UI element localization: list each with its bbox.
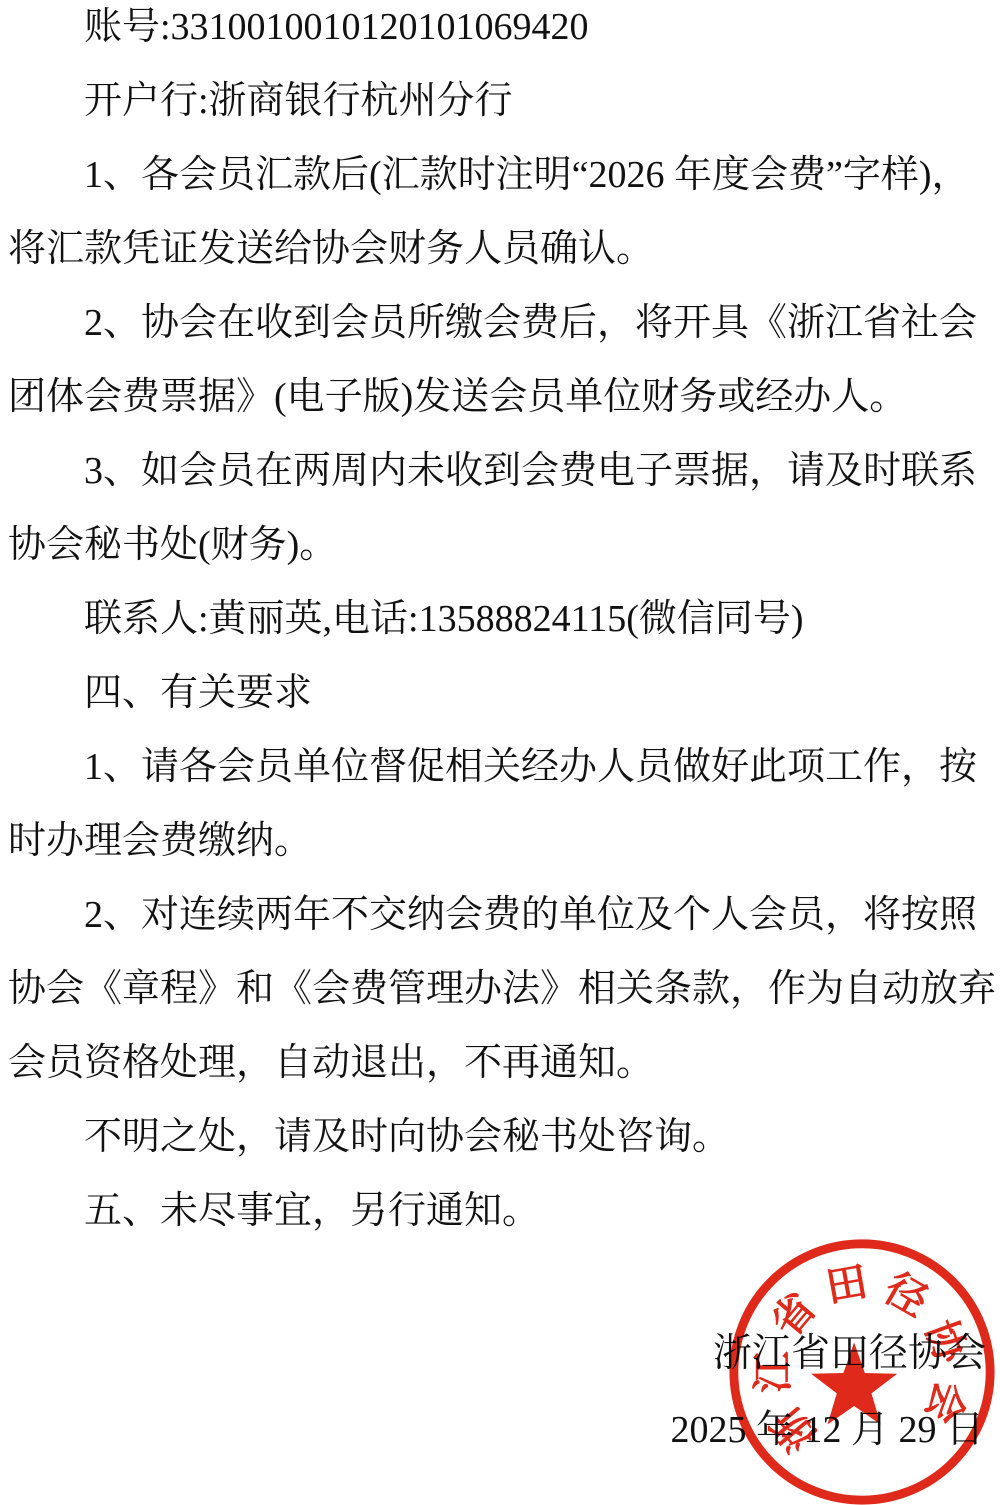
body-line: 协会《章程》和《会费管理办法》相关条款，作为自动放弃 (8, 952, 992, 1026)
body-line: 1、各会员汇款后(汇款时注明“2026 年度会费”字样)， (8, 138, 992, 212)
body-line: 1、请各会员单位督促相关经办人员做好此项工作，按 (8, 730, 992, 804)
document-date: 2025 年 12 月 29 日 (670, 1398, 984, 1453)
body-line: 团体会费票据》(电子版)发送会员单位财务或经办人。 (8, 360, 992, 434)
contact-line: 联系人:黄丽英,电话:13588824115(微信同号) (8, 582, 992, 656)
signature-org-name: 浙江省田径协会 (713, 1322, 986, 1378)
body-line: 五、未尽事宜，另行通知。 (8, 1174, 992, 1248)
document-page: 账号:3310010010120101069420 开户行:浙商银行杭州分行 1… (0, 0, 1000, 1505)
section-heading: 四、有关要求 (8, 656, 992, 730)
body-line: 时办理会费缴纳。 (8, 804, 992, 878)
seal-char: 田 (822, 1258, 871, 1310)
body-line: 2、对连续两年不交纳会费的单位及个人会员，将按照 (8, 878, 992, 952)
body-line: 不明之处，请及时向协会秘书处咨询。 (8, 1100, 992, 1174)
seal-char: 径 (877, 1265, 936, 1326)
account-number-line: 账号:3310010010120101069420 (8, 0, 992, 64)
body-line: 协会秘书处(财务)。 (8, 508, 992, 582)
bank-line: 开户行:浙商银行杭州分行 (8, 64, 992, 138)
body-text: 账号:3310010010120101069420 开户行:浙商银行杭州分行 1… (8, 0, 992, 1248)
body-line: 3、如会员在两周内未收到会费电子票据，请及时联系 (8, 434, 992, 508)
body-line: 2、协会在收到会员所缴会费后，将开具《浙江省社会 (8, 286, 992, 360)
body-line: 将汇款凭证发送给协会财务人员确认。 (8, 212, 992, 286)
body-line: 会员资格处理，自动退出，不再通知。 (8, 1026, 992, 1100)
